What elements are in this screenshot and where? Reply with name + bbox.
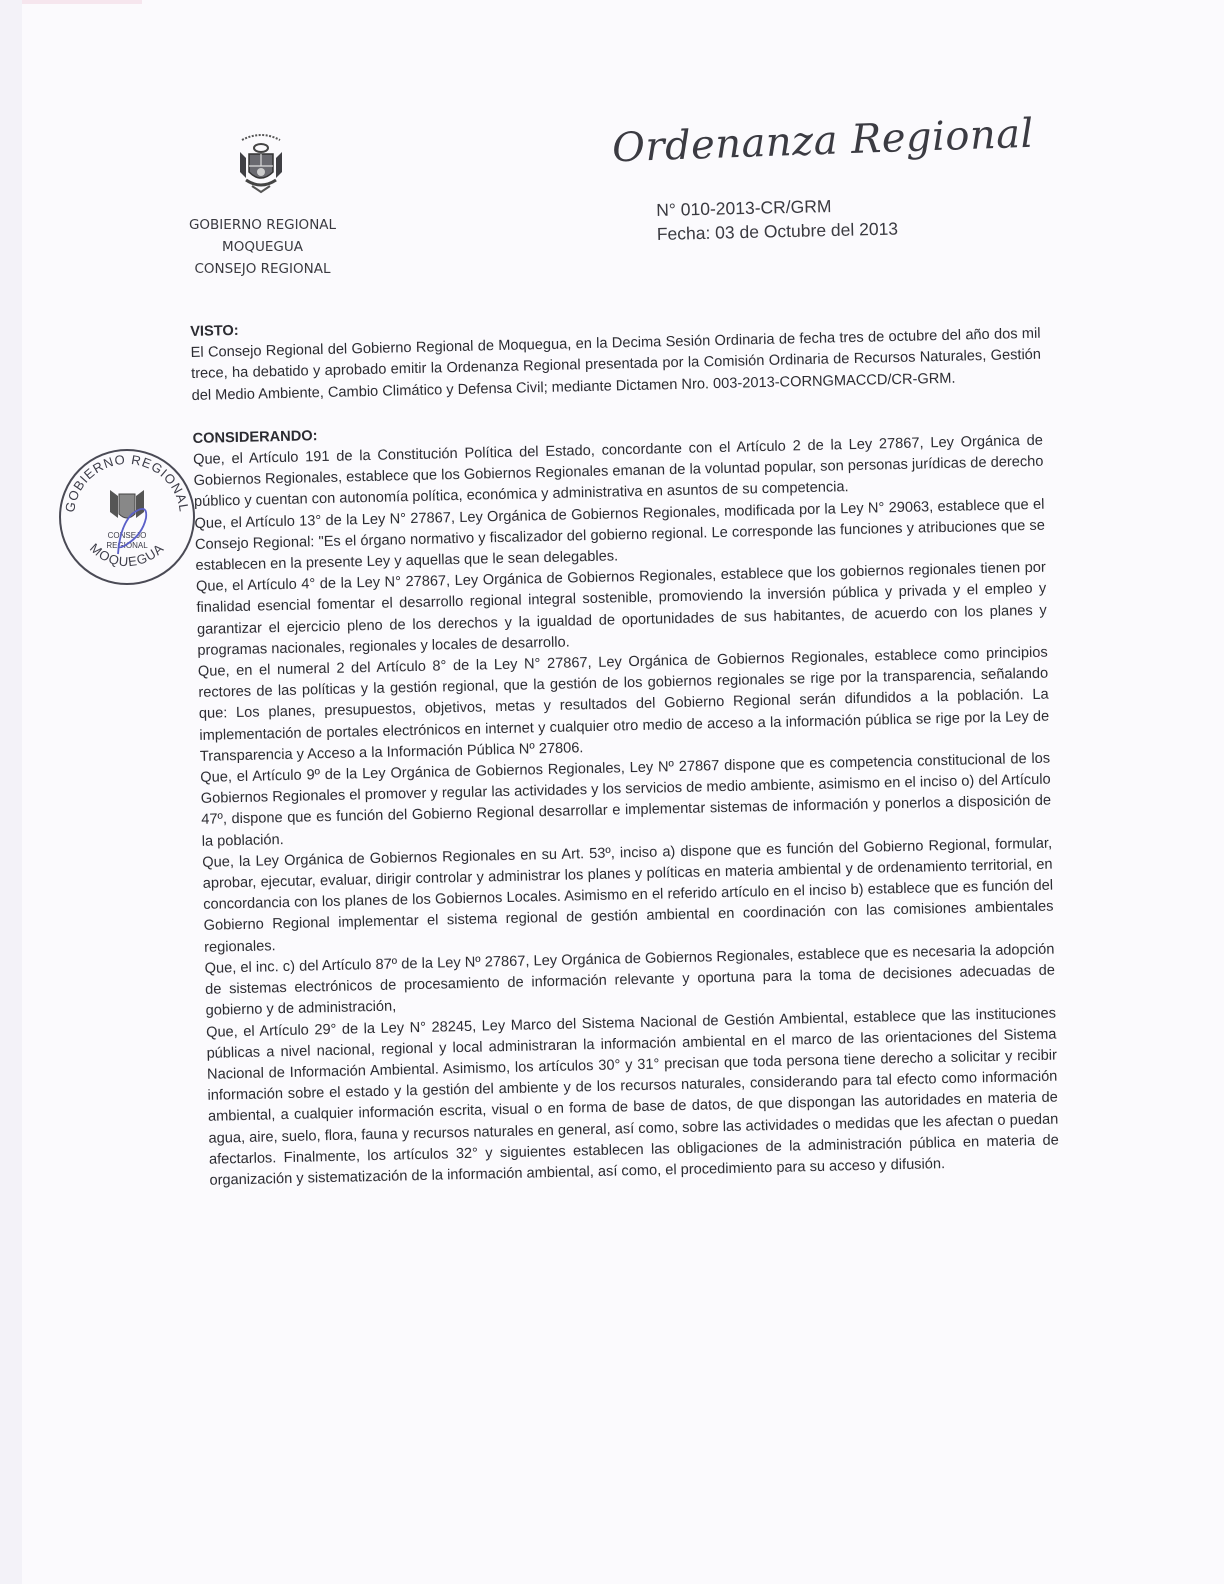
scan-edge [0, 0, 22, 1584]
considerando-paragraph: Que, en el numeral 2 del Artículo 8° de … [198, 643, 1050, 768]
official-seal-icon: GOBIERNO REGIONAL MOQUEGUA CONSEJO REGIO… [56, 446, 198, 588]
scan-edge-top [22, 0, 142, 4]
seal-center-text-2: REGIONAL [106, 541, 148, 550]
peru-coat-of-arms-icon [232, 128, 290, 196]
issuer-line-1: GOBIERNO REGIONAL [180, 214, 345, 236]
document-body: VISTO: El Consejo Regional del Gobierno … [190, 303, 1060, 1204]
considerando-section: CONSIDERANDO: Que, el Artículo 191 de la… [192, 410, 1059, 1192]
considerando-paragraph: Que, la Ley Orgánica de Gobiernos Region… [202, 833, 1054, 958]
visto-section: VISTO: El Consejo Regional del Gobierno … [190, 303, 1042, 407]
document-date: Fecha: 03 de Octubre del 2013 [657, 217, 899, 246]
issuer-line-2: MOQUEGUA [180, 236, 345, 258]
considerando-paragraph: Que, el Artículo 29° de la Ley N° 28245,… [206, 1003, 1060, 1192]
issuer-line-3: CONSEJO REGIONAL [180, 258, 345, 280]
issuer-block: GOBIERNO REGIONAL MOQUEGUA CONSEJO REGIO… [180, 214, 345, 280]
document-meta: N° 010-2013-CR/GRM Fecha: 03 de Octubre … [656, 193, 898, 246]
document-title: Ordenanza Regional [611, 111, 1034, 172]
